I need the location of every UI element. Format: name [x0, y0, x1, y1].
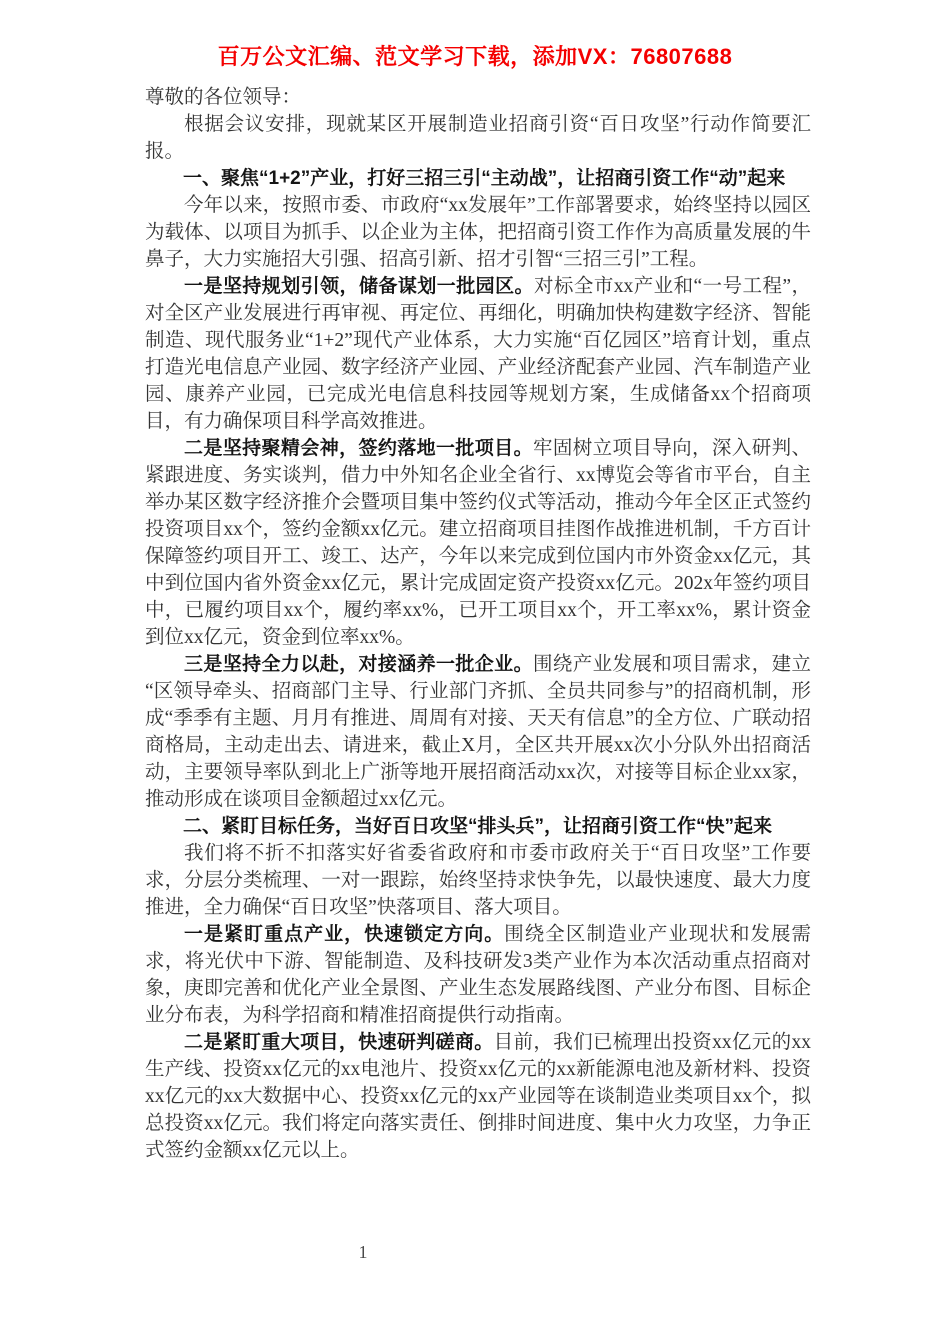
- section-heading-1: 一、聚焦“1+2”产业，打好三招三引“主动战”，让招商引资工作“动”起来: [145, 165, 811, 192]
- paragraph-text: 对标全市xx产业和“一号工程”，对全区产业发展进行再审视、再定位、再细化，明确加…: [145, 276, 811, 432]
- paragraph-lead: 一是坚持规划引领，储备谋划一批园区。: [184, 276, 534, 297]
- paragraph-intro: 根据会议安排，现就某区开展制造业招商引资“百日攻坚”行动作简要汇报。: [145, 111, 811, 165]
- paragraph-lead: 二是紧盯重大项目，快速研判磋商。: [184, 1032, 494, 1053]
- page-number: 1: [359, 1242, 368, 1262]
- paragraph-text: 围绕产业发展和项目需求，建立“区领导牵头、招商部门主导、行业部门齐抓、全员共同参…: [145, 654, 811, 810]
- salutation: 尊敬的各位领导：: [145, 84, 811, 111]
- paragraph: 三是坚持全力以赴，对接涵养一批企业。围绕产业发展和项目需求，建立“区领导牵头、招…: [145, 651, 811, 813]
- document-page: 百万公文汇编、范文学习下载，添加VX：76807688 尊敬的各位领导： 根据会…: [0, 0, 950, 1344]
- paragraph: 今年以来，按照市委、市政府“xx发展年”工作部署要求，始终坚持以园区为载体、以项…: [145, 192, 811, 273]
- section-heading-2: 二、紧盯目标任务，当好百日攻坚“排头兵”，让招商引资工作“快”起来: [145, 813, 811, 840]
- promo-text: 百万公文汇编、范文学习下载，添加VX：76807688: [218, 44, 733, 69]
- paragraph-text: 牢固树立项目导向，深入研判、紧跟进度、务实谈判，借力中外知名企业全省行、xx博览…: [145, 438, 811, 648]
- paragraph: 一是紧盯重点产业，快速锁定方向。围绕全区制造业产业现状和发展需求，将光伏中下游、…: [145, 921, 811, 1029]
- document-body: 尊敬的各位领导： 根据会议安排，现就某区开展制造业招商引资“百日攻坚”行动作简要…: [145, 84, 811, 1164]
- page-footer: 1: [333, 1240, 393, 1264]
- paragraph: 二是紧盯重大项目，快速研判磋商。目前，我们已梳理出投资xx亿元的xx生产线、投资…: [145, 1029, 811, 1164]
- paragraph-lead: 一是紧盯重点产业，快速锁定方向。: [184, 924, 504, 945]
- paragraph: 二是坚持聚精会神，签约落地一批项目。牢固树立项目导向，深入研判、紧跟进度、务实谈…: [145, 435, 811, 651]
- paragraph: 我们将不折不扣落实好省委省政府和市委市政府关于“百日攻坚”工作要求，分层分类梳理…: [145, 840, 811, 921]
- paragraph: 一是坚持规划引领，储备谋划一批园区。对标全市xx产业和“一号工程”，对全区产业发…: [145, 273, 811, 435]
- promo-banner: 百万公文汇编、范文学习下载，添加VX：76807688: [0, 44, 950, 70]
- paragraph-lead: 三是坚持全力以赴，对接涵养一批企业。: [184, 654, 533, 675]
- paragraph-lead: 二是坚持聚精会神，签约落地一批项目。: [184, 438, 533, 459]
